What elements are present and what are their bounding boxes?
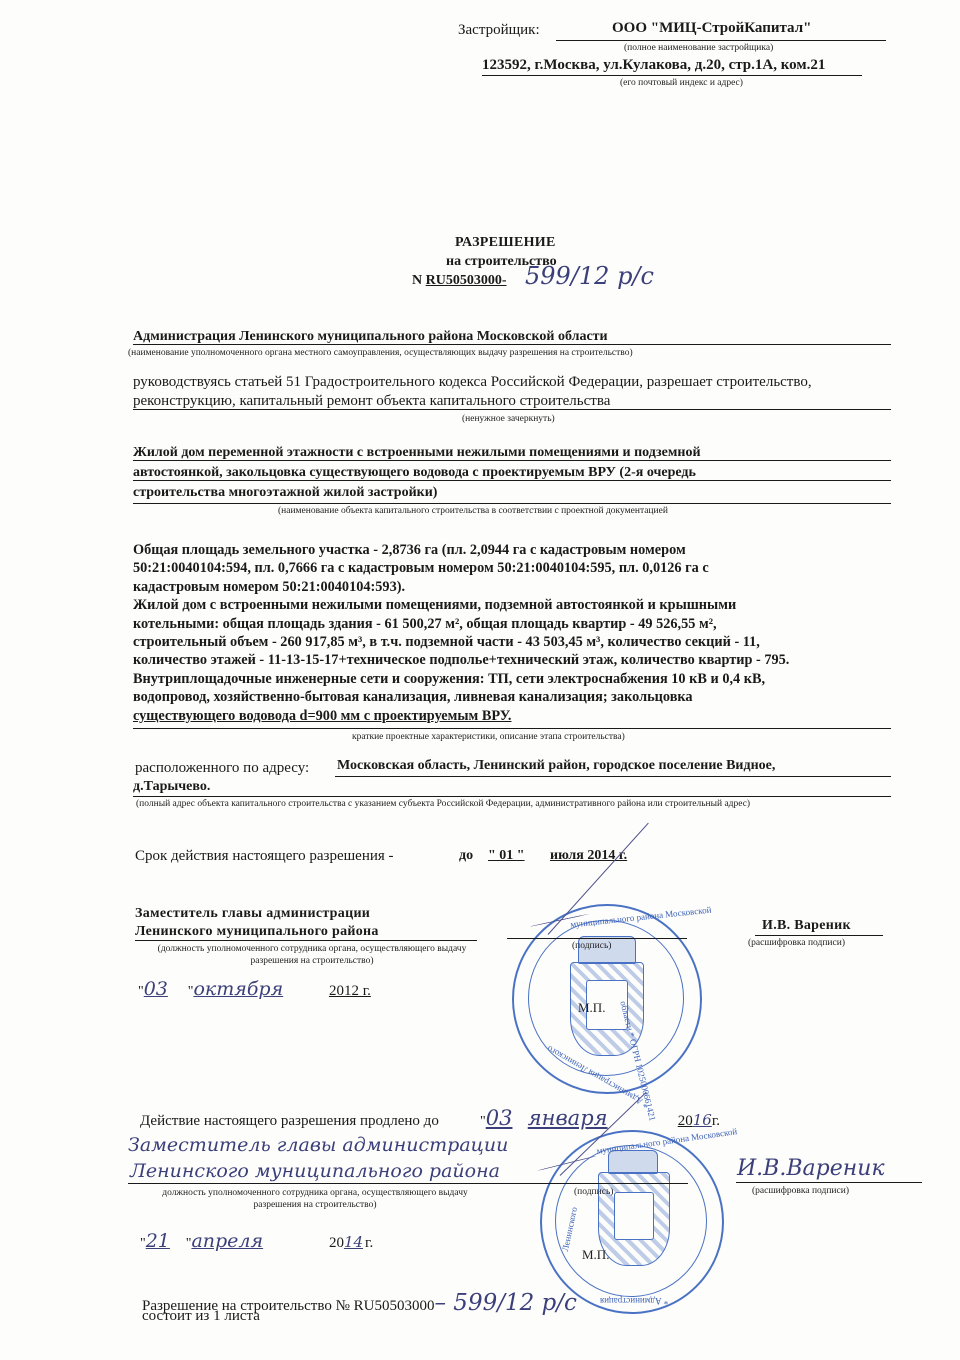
characteristics-line: котельными: общая площадь здания - 61 50… (133, 615, 898, 633)
characteristics-line: Общая площадь земельного участка - 2,873… (133, 541, 898, 559)
developer-name: ООО "МИЦ-СтройКапитал" (612, 20, 811, 37)
extension-date: "03января2016г. (480, 1106, 720, 1130)
location-line-2-rule (133, 796, 891, 797)
extension-sign-date: "21"апреля 2014г. (140, 1230, 373, 1252)
validity-until: до (459, 848, 473, 864)
seal-2-bottom-text: * Администрация (600, 1296, 668, 1306)
permit-number-printed: RU50503000- (426, 273, 507, 288)
permit-number-prefix: N (412, 273, 426, 288)
location-address-1: Московская область, Ленинский район, гор… (337, 758, 775, 774)
extension-year-prefix: 20 (678, 1113, 693, 1129)
developer-address-caption: (его почтовый индекс и адрес) (620, 78, 743, 88)
object-line-2: автостоянкой, закольцовка существующего … (133, 465, 696, 481)
object-line-3-rule (133, 503, 891, 504)
signer-1-name: И.В. Вареник (762, 918, 851, 934)
extension-day: 03 (486, 1106, 528, 1130)
extension-position-caption: должность уполномоченного сотрудника орг… (140, 1187, 490, 1211)
footer-handwritten-number: – 599/12 р/с (435, 1290, 577, 1316)
extension-position-handwritten-1: Заместитель главы администрации (128, 1134, 508, 1156)
characteristics-line: кадастровым номером 50:21:0040104:593). (133, 578, 898, 596)
location-address-2: д.Тарычево. (133, 779, 210, 795)
characteristics-line: строительный объем - 260 917,85 м³, в т.… (133, 633, 898, 651)
signer-1-signature-rule (507, 938, 687, 939)
characteristics-line: 50:21:0040104:594, пл. 0,7666 га с кадас… (133, 559, 898, 577)
footer-line-2: состоит из 1 листа (142, 1308, 260, 1325)
signer-1-position-line-1: Заместитель главы администрации (135, 906, 370, 922)
characteristics-underline (133, 728, 891, 729)
extension-sign-year-suffix: 14 (344, 1233, 363, 1251)
basis-line-1: руководствуясь статьей 51 Градостроитель… (133, 374, 812, 391)
permit-number: N RU50503000- (412, 273, 507, 289)
authority-name: Администрация Ленинского муниципального … (133, 329, 608, 345)
signer-1-signature-caption: (подпись) (572, 941, 611, 951)
signer-1-position-rule (135, 940, 477, 941)
developer-address: 123592, г.Москва, ул.Кулакова, д.20, стр… (482, 57, 825, 74)
permit-number-handwritten: 599/12 р/с (525, 262, 654, 290)
characteristics-line: Внутриплощадочные инженерные сети и соор… (133, 670, 898, 688)
seal-1-label: М.П. (578, 1000, 605, 1016)
extension-position-handwritten-2: Ленинского муниципального района (130, 1160, 500, 1182)
signer-1-date-month: октября (193, 978, 321, 1000)
developer-name-caption: (полное наименование застройщика) (624, 43, 773, 53)
developer-label: Застройщик: (458, 22, 540, 39)
extension-name-rule (736, 1182, 922, 1183)
signer-1-position-caption: (должность уполномоченного сотрудника ор… (137, 943, 487, 967)
developer-address-line (482, 75, 862, 76)
signer-1-position-line-2: Ленинского муниципального района (135, 924, 379, 940)
extension-sign-month: апреля (191, 1230, 321, 1252)
signer-1-date-year: 2012 г. (329, 983, 371, 999)
extension-position-rule (128, 1183, 688, 1184)
validity-day: " 01 " (488, 848, 525, 864)
extension-year-suffix: 16 (693, 1111, 712, 1129)
signer-1-date: "03"октября 2012 г. (138, 978, 371, 1000)
developer-name-line (556, 40, 886, 41)
characteristics-line: количество этажей - 11-13-15-17+техничес… (133, 651, 898, 669)
authority-caption: (наименование уполномоченного органа мес… (128, 348, 633, 358)
characteristics-block: Общая площадь земельного участка - 2,873… (133, 541, 898, 725)
basis-caption: (ненужное зачеркнуть) (462, 414, 555, 424)
characteristics-line: существующего водовода d=900 мм с проект… (133, 707, 898, 725)
extension-month: января (528, 1106, 678, 1130)
permit-heading: РАЗРЕШЕНИЕ (455, 235, 556, 251)
extension-sign-day: 21 (146, 1230, 186, 1252)
characteristics-line: водопровод, хозяйственно-бытовая канализ… (133, 688, 898, 706)
extension-sign-year-prefix: 20 (329, 1235, 344, 1251)
extension-name-caption: (расшифровка подписи) (752, 1186, 849, 1196)
official-seal-1 (512, 904, 702, 1094)
basis-line-2: реконструкцию, капитальный ремонт объект… (133, 393, 610, 410)
location-line-1-rule (335, 776, 891, 777)
signer-1-date-day: 03 (144, 978, 188, 1000)
validity-label: Срок действия настоящего разрешения - (135, 848, 394, 865)
extension-year-end: г. (712, 1113, 720, 1129)
characteristics-caption: краткие проектные характеристики, описан… (352, 732, 625, 742)
extension-sign-year-end: г. (365, 1235, 373, 1251)
characteristics-line: Жилой дом с встроенными нежилыми помещен… (133, 596, 898, 614)
signer-1-name-rule (755, 935, 883, 936)
object-caption: (наименование объекта капитального строи… (278, 506, 668, 516)
validity-month-year: июля 2014 г. (550, 848, 627, 864)
seal-2-label: М.П. (582, 1247, 609, 1263)
extension-signature-caption: (подпись) (574, 1187, 613, 1197)
location-caption: (полный адрес объекта капитального строи… (136, 799, 750, 809)
location-label: расположенного по адресу: (135, 760, 309, 777)
signer-1-name-caption: (расшифровка подписи) (748, 938, 845, 948)
object-line-1: Жилой дом переменной этажности с встроен… (133, 445, 701, 461)
extension-name-handwritten: И.В.Вареник (737, 1156, 885, 1181)
extension-label: Действие настоящего разрешения продлено … (140, 1113, 439, 1130)
object-line-3: строительства многоэтажной жилой застрой… (133, 485, 437, 501)
